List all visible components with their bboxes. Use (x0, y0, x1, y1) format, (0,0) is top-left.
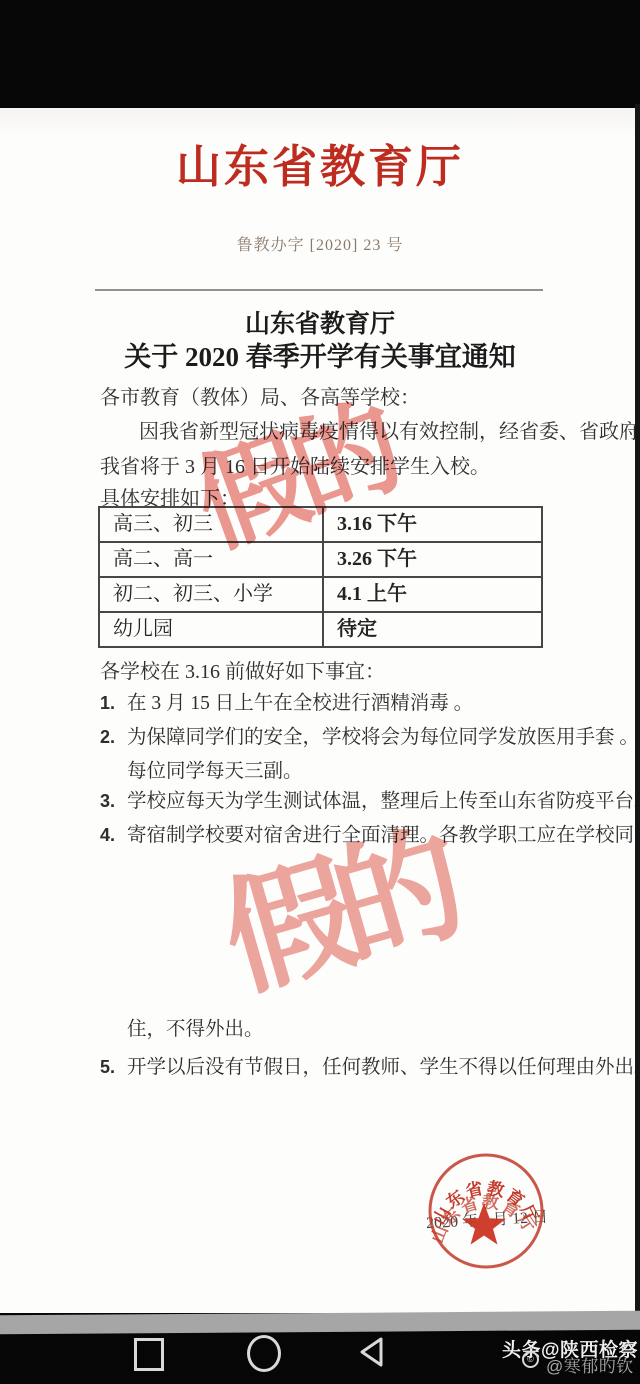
table-cell-group: 初二、初三、小学 (100, 576, 322, 611)
list-item-text: 住，不得外出。 (127, 1019, 264, 1040)
table-cell-group: 幼儿园 (100, 611, 322, 646)
fake-stamp-watermark: 假的 (211, 821, 465, 1007)
weibo-watermark: @寒郁旳钦 (546, 1352, 634, 1377)
list-item: 3.学校应每天为学生测试体温，整理后上传至山东省防疫平台。 (100, 785, 640, 813)
list-item-text: 为保障同学们的安全，学校将会为每位同学发放医用手套 。 (127, 727, 639, 748)
table-cell-time: 3.26 下午 (322, 541, 541, 576)
notice-title-line2: 关于 2020 春季开学有关事宜通知 (0, 335, 640, 374)
recents-square-icon[interactable] (134, 1338, 164, 1371)
home-circle-icon[interactable] (247, 1335, 281, 1372)
table-cell-time: 4.1 上午 (322, 576, 541, 611)
official-seal: 山东省教育厅 山东省教育厅 (398, 1125, 574, 1301)
list-item-continuation: 每位同学每天三副。 (100, 755, 303, 783)
photo-right-edge (635, 104, 640, 1316)
table-cell-group: 高二、高一 (100, 541, 322, 576)
letterhead-divider (95, 289, 543, 291)
list-intro: 各学校在 3.16 前做好如下事宜： (100, 655, 385, 684)
list-item-number: 4. (100, 825, 127, 846)
paragraph1-line1: 因我省新型冠状病毒疫情得以有效控制，经省委、省政府同意， (139, 415, 640, 444)
document-number: 鲁教办字 [2020] 23 号 (0, 232, 640, 255)
list-item-number: 5. (100, 1057, 127, 1078)
toutiao-badge-icon: © (522, 1351, 539, 1368)
list-item-text: 学校应每天为学生测试体温，整理后上传至山东省防疫平台。 (127, 791, 640, 812)
list-item-number: 3. (100, 791, 127, 812)
list-item-number: 2. (100, 727, 127, 748)
list-item-number: 1. (100, 693, 127, 714)
letterhead-title: 山东省教育厅 (0, 130, 640, 195)
screenshot-bottom-strip (0, 1311, 640, 1335)
list-item-continuation: 住，不得外出。 (100, 1013, 264, 1041)
list-item: 5.开学以后没有节假日，任何教师、学生不得以任何理由外出。 (100, 1051, 640, 1079)
table-cell-time: 待定 (322, 611, 541, 646)
document-page: 山东省教育厅 鲁教办字 [2020] 23 号 山东省教育厅 关于 2020 春… (0, 108, 640, 1313)
list-item-text: 开学以后没有节假日，任何教师、学生不得以任何理由外出。 (127, 1057, 640, 1078)
list-item: 1.在 3 月 15 日上午在全校进行酒精消毒 。 (100, 687, 473, 715)
back-triangle-icon[interactable] (357, 1336, 387, 1368)
list-item-text: 在 3 月 15 日上午在全校进行酒精消毒 。 (127, 693, 473, 714)
list-item-text: 每位同学每天三副。 (127, 761, 303, 782)
list-item: 2.为保障同学们的安全，学校将会为每位同学发放医用手套 。 (100, 721, 639, 749)
phone-screenshot: 山东省教育厅 鲁教办字 [2020] 23 号 山东省教育厅 关于 2020 春… (0, 0, 640, 1384)
